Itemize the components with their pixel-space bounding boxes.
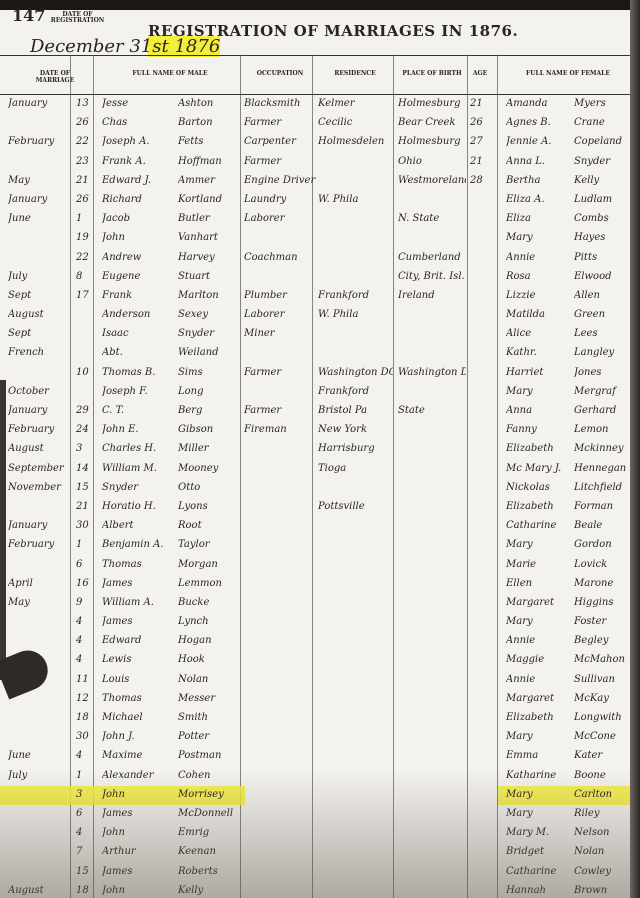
- cell-female-first: Margaret: [506, 693, 568, 704]
- cell-female-last: Copeland: [574, 136, 630, 147]
- registration-date: December 31st 1876: [30, 36, 220, 57]
- cell-male-last: Vanhart: [178, 232, 238, 243]
- cell-birthplace: Ohio: [398, 156, 466, 167]
- cell-day: 14: [76, 463, 96, 474]
- cell-female-first: Bertha: [506, 175, 568, 186]
- cell-female-first: Katharine: [506, 770, 568, 781]
- cell-day: 17: [76, 290, 96, 301]
- cell-male-last: Morrisey: [178, 789, 238, 800]
- cell-birthplace: City, Brit. Isl.: [398, 271, 466, 282]
- cell-residence: Frankford: [318, 386, 393, 397]
- cell-day: 18: [76, 885, 96, 896]
- cell-male-first: Michael: [102, 712, 172, 723]
- cell-male-first: Andrew: [102, 252, 172, 263]
- cell-occupation: Laborer: [244, 309, 316, 320]
- cell-occupation: Carpenter: [244, 136, 316, 147]
- cell-male-last: Gibson: [178, 424, 238, 435]
- cell-male-last: Harvey: [178, 252, 238, 263]
- cell-female-first: Lizzie: [506, 290, 568, 301]
- cell-female-last: Hayes: [574, 232, 630, 243]
- cell-day: 1: [76, 539, 96, 550]
- cell-day: 8: [76, 271, 96, 282]
- col-full-name-female: FULL NAME OF FEMALE: [508, 70, 628, 77]
- cell-female-first: Ellen: [506, 578, 568, 589]
- cell-female-first: Mary M.: [506, 827, 568, 838]
- table-row: Sept17FrankMarltonPlumberFrankfordIrelan…: [0, 287, 630, 306]
- cell-male-last: Smith: [178, 712, 238, 723]
- cell-residence: New York: [318, 424, 393, 435]
- cell-male-first: John J.: [102, 731, 172, 742]
- cell-male-first: Frank: [102, 290, 172, 301]
- cell-male-first: Thomas B.: [102, 367, 172, 378]
- cell-birthplace: Holmesburg: [398, 98, 466, 109]
- cell-male-last: Lyons: [178, 501, 238, 512]
- cell-female-first: Mc Mary J.: [506, 463, 568, 474]
- cell-female-last: Beale: [574, 520, 630, 531]
- cell-male-last: Taylor: [178, 539, 238, 550]
- table-row: 22AndrewHarveyCoachmanCumberlandAnniePit…: [0, 249, 630, 268]
- cell-day: 29: [76, 405, 96, 416]
- cell-male-last: Potter: [178, 731, 238, 742]
- table-row: 12ThomasMesserMargaretMcKay: [0, 690, 630, 709]
- cell-day: 4: [76, 827, 96, 838]
- cell-occupation: Farmer: [244, 367, 316, 378]
- cell-male-last: McDonnell: [178, 808, 238, 819]
- cell-female-last: Marone: [574, 578, 630, 589]
- cell-occupation: Farmer: [244, 117, 316, 128]
- cell-male-first: Albert: [102, 520, 172, 531]
- cell-female-first: Elizabeth: [506, 501, 568, 512]
- cell-male-first: Jesse: [102, 98, 172, 109]
- cell-female-last: Begley: [574, 635, 630, 646]
- cell-female-first: Annie: [506, 635, 568, 646]
- cell-male-last: Hoffman: [178, 156, 238, 167]
- cell-male-first: James: [102, 578, 172, 589]
- cell-male-last: Root: [178, 520, 238, 531]
- cell-female-last: Ludlam: [574, 194, 630, 205]
- cell-day: 23: [76, 156, 96, 167]
- cell-day: 7: [76, 846, 96, 857]
- table-row: 30John J.PotterMaryMcCone: [0, 728, 630, 747]
- cell-male-first: Frank A.: [102, 156, 172, 167]
- cell-female-first: Hannah: [506, 885, 568, 896]
- cell-male-first: William A.: [102, 597, 172, 608]
- scan-top-border: [0, 0, 640, 10]
- cell-age: 27: [470, 136, 490, 147]
- cell-male-first: Maxime: [102, 750, 172, 761]
- cell-male-last: Kortland: [178, 194, 238, 205]
- table-row: 18MichaelSmithElizabethLongwith: [0, 709, 630, 728]
- cell-age: 28: [470, 175, 490, 186]
- cell-female-last: Lovick: [574, 559, 630, 570]
- cell-male-first: Eugene: [102, 271, 172, 282]
- cell-female-last: McCone: [574, 731, 630, 742]
- cell-day: 12: [76, 693, 96, 704]
- cell-female-last: Kater: [574, 750, 630, 761]
- table-row: 26ChasBartonFarmerCecilicBear Creek26Agn…: [0, 114, 630, 133]
- table-row: 11LouisNolanAnnieSullivan: [0, 671, 630, 690]
- cell-female-first: Emma: [506, 750, 568, 761]
- marriage-register-table: January13JesseAshtonBlacksmithKelmerHolm…: [0, 95, 630, 898]
- cell-male-last: Miller: [178, 443, 238, 454]
- cell-residence: Washington DC: [318, 367, 393, 378]
- cell-day: 6: [76, 808, 96, 819]
- cell-female-first: Mary: [506, 539, 568, 550]
- cell-male-first: Joseph F.: [102, 386, 172, 397]
- table-row: AugustAndersonSexeyLaborerW. PhilaMatild…: [0, 306, 630, 325]
- cell-residence: W. Phila: [318, 194, 393, 205]
- cell-day: 3: [76, 789, 96, 800]
- table-row: April16JamesLemmonEllenMarone: [0, 575, 630, 594]
- cell-female-last: Kelly: [574, 175, 630, 186]
- cell-day: 30: [76, 520, 96, 531]
- cell-female-first: Nickolas: [506, 482, 568, 493]
- cell-day: 10: [76, 367, 96, 378]
- cell-male-last: Messer: [178, 693, 238, 704]
- cell-female-last: Longwith: [574, 712, 630, 723]
- cell-birthplace: Westmoreland: [398, 175, 466, 186]
- table-row: January30AlbertRootCatharineBeale: [0, 517, 630, 536]
- column-header-row: DATE OF MARRIAGE FULL NAME OF MALE OCCUP…: [0, 55, 630, 95]
- cell-female-last: Mergraf: [574, 386, 630, 397]
- cell-age: 21: [470, 98, 490, 109]
- cell-female-last: Myers: [574, 98, 630, 109]
- cell-female-first: Rosa: [506, 271, 568, 282]
- col-date-of-marriage: DATE OF MARRIAGE: [30, 70, 80, 84]
- cell-male-first: Charles H.: [102, 443, 172, 454]
- cell-female-last: McKay: [574, 693, 630, 704]
- cell-female-first: Elizabeth: [506, 712, 568, 723]
- table-row: June4MaximePostmanEmmaKater: [0, 747, 630, 766]
- cell-occupation: Blacksmith: [244, 98, 316, 109]
- cell-residence: Cecilic: [318, 117, 393, 128]
- cell-male-last: Keenan: [178, 846, 238, 857]
- cell-male-first: Edward: [102, 635, 172, 646]
- cell-day: 30: [76, 731, 96, 742]
- cell-male-last: Morgan: [178, 559, 238, 570]
- cell-female-last: Brown: [574, 885, 630, 896]
- cell-day: 21: [76, 175, 96, 186]
- cell-male-last: Barton: [178, 117, 238, 128]
- cell-male-last: Snyder: [178, 328, 238, 339]
- cell-residence: Kelmer: [318, 98, 393, 109]
- cell-male-last: Roberts: [178, 866, 238, 877]
- cell-day: 24: [76, 424, 96, 435]
- table-row: June1JacobButlerLaborerN. StateElizaComb…: [0, 210, 630, 229]
- cell-female-last: Riley: [574, 808, 630, 819]
- cell-day: 16: [76, 578, 96, 589]
- cell-day: 21: [76, 501, 96, 512]
- col-full-name-male: FULL NAME OF MALE: [120, 70, 220, 77]
- cell-female-first: Margaret: [506, 597, 568, 608]
- cell-female-last: Foster: [574, 616, 630, 627]
- cell-male-first: John: [102, 885, 172, 896]
- cell-residence: Bristol Pa: [318, 405, 393, 416]
- cell-day: 3: [76, 443, 96, 454]
- cell-male-last: Hogan: [178, 635, 238, 646]
- cell-male-last: Butler: [178, 213, 238, 224]
- cell-female-last: Forman: [574, 501, 630, 512]
- cell-birthplace: State: [398, 405, 466, 416]
- table-row: 21Horatio H.LyonsPottsvilleElizabethForm…: [0, 498, 630, 517]
- cell-day: 4: [76, 654, 96, 665]
- cell-female-last: Allen: [574, 290, 630, 301]
- cell-day: 11: [76, 674, 96, 685]
- cell-male-first: Thomas: [102, 559, 172, 570]
- scan-right-border: [630, 0, 640, 898]
- table-row: August3Charles H.MillerHarrisburgElizabe…: [0, 440, 630, 459]
- cell-day: 22: [76, 252, 96, 263]
- cell-residence: Frankford: [318, 290, 393, 301]
- cell-day: 6: [76, 559, 96, 570]
- cell-residence: Holmesdelen: [318, 136, 393, 147]
- cell-day: 15: [76, 482, 96, 493]
- cell-male-first: James: [102, 808, 172, 819]
- cell-month: Sept: [8, 328, 88, 339]
- cell-female-last: Combs: [574, 213, 630, 224]
- cell-day: 4: [76, 635, 96, 646]
- cell-male-first: John: [102, 232, 172, 243]
- cell-day: 4: [76, 616, 96, 627]
- cell-female-first: Amanda: [506, 98, 568, 109]
- cell-female-first: Mary: [506, 386, 568, 397]
- cell-female-last: Gerhard: [574, 405, 630, 416]
- cell-female-first: Harriet: [506, 367, 568, 378]
- cell-female-last: Nolan: [574, 846, 630, 857]
- cell-male-first: Anderson: [102, 309, 172, 320]
- cell-male-first: John: [102, 827, 172, 838]
- table-row: FrenchAbt.WeilandKathr.Langley: [0, 344, 630, 363]
- table-row: 19JohnVanhartMaryHayes: [0, 229, 630, 248]
- cell-female-first: Maggie: [506, 654, 568, 665]
- table-row: OctoberJoseph F.LongFrankfordMaryMergraf: [0, 383, 630, 402]
- cell-female-first: Fanny: [506, 424, 568, 435]
- cell-male-first: James: [102, 866, 172, 877]
- cell-female-last: Lemon: [574, 424, 630, 435]
- table-row: July8EugeneStuartCity, Brit. Isl.RosaElw…: [0, 268, 630, 287]
- cell-female-first: Annie: [506, 674, 568, 685]
- table-row: September14William M.MooneyTiogaMc Mary …: [0, 460, 630, 479]
- cell-female-first: Catharine: [506, 866, 568, 877]
- cell-male-first: John E.: [102, 424, 172, 435]
- table-row: 4JohnEmrigMary M.Nelson: [0, 824, 630, 843]
- table-row: May21Edward J.AmmerEngine DriverWestmore…: [0, 172, 630, 191]
- cell-age: 21: [470, 156, 490, 167]
- cell-male-last: Marlton: [178, 290, 238, 301]
- cell-month: October: [8, 386, 88, 397]
- cell-female-first: Agnes B.: [506, 117, 568, 128]
- cell-male-first: Jacob: [102, 213, 172, 224]
- table-row: 4LewisHookMaggieMcMahon: [0, 651, 630, 670]
- cell-male-last: Weiland: [178, 347, 238, 358]
- table-row: January26RichardKortlandLaundryW. PhilaE…: [0, 191, 630, 210]
- cell-day: 26: [76, 117, 96, 128]
- cell-female-last: Crane: [574, 117, 630, 128]
- cell-male-last: Mooney: [178, 463, 238, 474]
- cell-female-first: Mary: [506, 616, 568, 627]
- cell-birthplace: N. State: [398, 213, 466, 224]
- cell-female-last: Boone: [574, 770, 630, 781]
- table-row: 23Frank A.HoffmanFarmerOhio21Anna L.Snyd…: [0, 153, 630, 172]
- cell-female-last: Litchfield: [574, 482, 630, 493]
- cell-female-first: Annie: [506, 252, 568, 263]
- table-row: SeptIsaacSnyderMinerAliceLees: [0, 325, 630, 344]
- cell-occupation: Farmer: [244, 405, 316, 416]
- cell-female-last: Gordon: [574, 539, 630, 550]
- cell-day: 9: [76, 597, 96, 608]
- cell-residence: Harrisburg: [318, 443, 393, 454]
- cell-female-first: Anna: [506, 405, 568, 416]
- cell-male-last: Lemmon: [178, 578, 238, 589]
- cell-male-first: Thomas: [102, 693, 172, 704]
- cell-male-first: Louis: [102, 674, 172, 685]
- cell-male-first: Benjamin A.: [102, 539, 172, 550]
- cell-male-last: Emrig: [178, 827, 238, 838]
- cell-male-last: Long: [178, 386, 238, 397]
- cell-male-last: Nolan: [178, 674, 238, 685]
- cell-female-last: Langley: [574, 347, 630, 358]
- cell-male-first: Horatio H.: [102, 501, 172, 512]
- table-row: November15SnyderOttoNickolasLitchfield: [0, 479, 630, 498]
- cell-day: 19: [76, 232, 96, 243]
- col-age: AGE: [470, 70, 490, 77]
- cell-residence: Tioga: [318, 463, 393, 474]
- cell-male-last: Stuart: [178, 271, 238, 282]
- cell-month: August: [8, 309, 88, 320]
- cell-female-first: Mary: [506, 232, 568, 243]
- cell-male-first: Arthur: [102, 846, 172, 857]
- cell-male-last: Sexey: [178, 309, 238, 320]
- cell-male-last: Fetts: [178, 136, 238, 147]
- cell-male-last: Sims: [178, 367, 238, 378]
- cell-day: 26: [76, 194, 96, 205]
- cell-female-first: Marie: [506, 559, 568, 570]
- table-row: 15JamesRobertsCatharineCowley: [0, 863, 630, 882]
- table-row: 3JohnMorriseyMaryCarlton: [0, 786, 630, 805]
- cell-birthplace: Bear Creek: [398, 117, 466, 128]
- col-occupation: OCCUPATION: [250, 70, 310, 77]
- cell-female-first: Eliza A.: [506, 194, 568, 205]
- table-row: 6JamesMcDonnellMaryRiley: [0, 805, 630, 824]
- cell-male-last: Kelly: [178, 885, 238, 896]
- table-row: 10Thomas B.SimsFarmerWashington DCWashin…: [0, 364, 630, 383]
- cell-female-last: Higgins: [574, 597, 630, 608]
- cell-female-last: Jones: [574, 367, 630, 378]
- cell-male-last: Otto: [178, 482, 238, 493]
- cell-male-last: Ashton: [178, 98, 238, 109]
- cell-female-last: Cowley: [574, 866, 630, 877]
- cell-male-first: Lewis: [102, 654, 172, 665]
- cell-male-last: Ammer: [178, 175, 238, 186]
- table-row: February22Joseph A.FettsCarpenterHolmesd…: [0, 133, 630, 152]
- cell-male-last: Berg: [178, 405, 238, 416]
- cell-male-first: Isaac: [102, 328, 172, 339]
- cell-female-first: Bridget: [506, 846, 568, 857]
- cell-occupation: Fireman: [244, 424, 316, 435]
- cell-male-first: Chas: [102, 117, 172, 128]
- cell-female-last: Mckinney: [574, 443, 630, 454]
- cell-female-first: Mary: [506, 789, 568, 800]
- cell-day: 1: [76, 770, 96, 781]
- cell-occupation: Farmer: [244, 156, 316, 167]
- table-row: 6ThomasMorganMarieLovick: [0, 556, 630, 575]
- cell-birthplace: Holmesburg: [398, 136, 466, 147]
- table-row: 4EdwardHoganAnnieBegley: [0, 632, 630, 651]
- cell-female-first: Alice: [506, 328, 568, 339]
- cell-day: 1: [76, 213, 96, 224]
- table-row: February24John E.GibsonFiremanNew YorkFa…: [0, 421, 630, 440]
- col-residence: RESIDENCE: [325, 70, 385, 77]
- table-row: July1AlexanderCohenKatharineBoone: [0, 767, 630, 786]
- cell-occupation: Laborer: [244, 213, 316, 224]
- date-of-registration-label: DATE OF REGISTRATION: [50, 12, 105, 24]
- cell-day: 22: [76, 136, 96, 147]
- cell-male-last: Bucke: [178, 597, 238, 608]
- cell-birthplace: Washington DC: [398, 367, 466, 378]
- cell-female-first: Elizabeth: [506, 443, 568, 454]
- table-row: January13JesseAshtonBlacksmithKelmerHolm…: [0, 95, 630, 114]
- cell-female-first: Eliza: [506, 213, 568, 224]
- table-row: 4JamesLynchMaryFoster: [0, 613, 630, 632]
- cell-occupation: Miner: [244, 328, 316, 339]
- cell-male-first: Abt.: [102, 347, 172, 358]
- cell-male-last: Lynch: [178, 616, 238, 627]
- cell-age: 26: [470, 117, 490, 128]
- table-row: January29C. T.BergFarmerBristol PaStateA…: [0, 402, 630, 421]
- cell-female-first: Mary: [506, 808, 568, 819]
- cell-male-first: James: [102, 616, 172, 627]
- cell-male-first: Alexander: [102, 770, 172, 781]
- cell-male-last: Hook: [178, 654, 238, 665]
- cell-female-last: Snyder: [574, 156, 630, 167]
- cell-occupation: Laundry: [244, 194, 316, 205]
- table-row: August18JohnKellyHannahBrown: [0, 882, 630, 898]
- cell-male-last: Postman: [178, 750, 238, 761]
- cell-male-first: Joseph A.: [102, 136, 172, 147]
- cell-male-first: Edward J.: [102, 175, 172, 186]
- table-row: February1Benjamin A.TaylorMaryGordon: [0, 536, 630, 555]
- cell-residence: W. Phila: [318, 309, 393, 320]
- cell-female-first: Anna L.: [506, 156, 568, 167]
- cell-female-first: Matilda: [506, 309, 568, 320]
- cell-day: 13: [76, 98, 96, 109]
- cell-female-last: Carlton: [574, 789, 630, 800]
- cell-female-last: Nelson: [574, 827, 630, 838]
- cell-day: 18: [76, 712, 96, 723]
- cell-birthplace: Cumberland: [398, 252, 466, 263]
- table-row: 7ArthurKeenanBridgetNolan: [0, 843, 630, 862]
- cell-occupation: Engine Driver: [244, 175, 316, 186]
- col-place-of-birth: PLACE OF BIRTH: [398, 70, 466, 77]
- cell-day: 4: [76, 750, 96, 761]
- cell-male-last: Cohen: [178, 770, 238, 781]
- page-number: 147: [12, 6, 45, 25]
- cell-birthplace: Ireland: [398, 290, 466, 301]
- cell-female-first: Catharine: [506, 520, 568, 531]
- cell-residence: Pottsville: [318, 501, 393, 512]
- cell-male-first: Richard: [102, 194, 172, 205]
- cell-female-first: Mary: [506, 731, 568, 742]
- cell-male-first: C. T.: [102, 405, 172, 416]
- cell-female-last: Elwood: [574, 271, 630, 282]
- cell-female-last: Green: [574, 309, 630, 320]
- cell-male-first: John: [102, 789, 172, 800]
- cell-female-last: McMahon: [574, 654, 630, 665]
- cell-male-first: William M.: [102, 463, 172, 474]
- cell-occupation: Coachman: [244, 252, 316, 263]
- cell-female-last: Lees: [574, 328, 630, 339]
- cell-day: 15: [76, 866, 96, 877]
